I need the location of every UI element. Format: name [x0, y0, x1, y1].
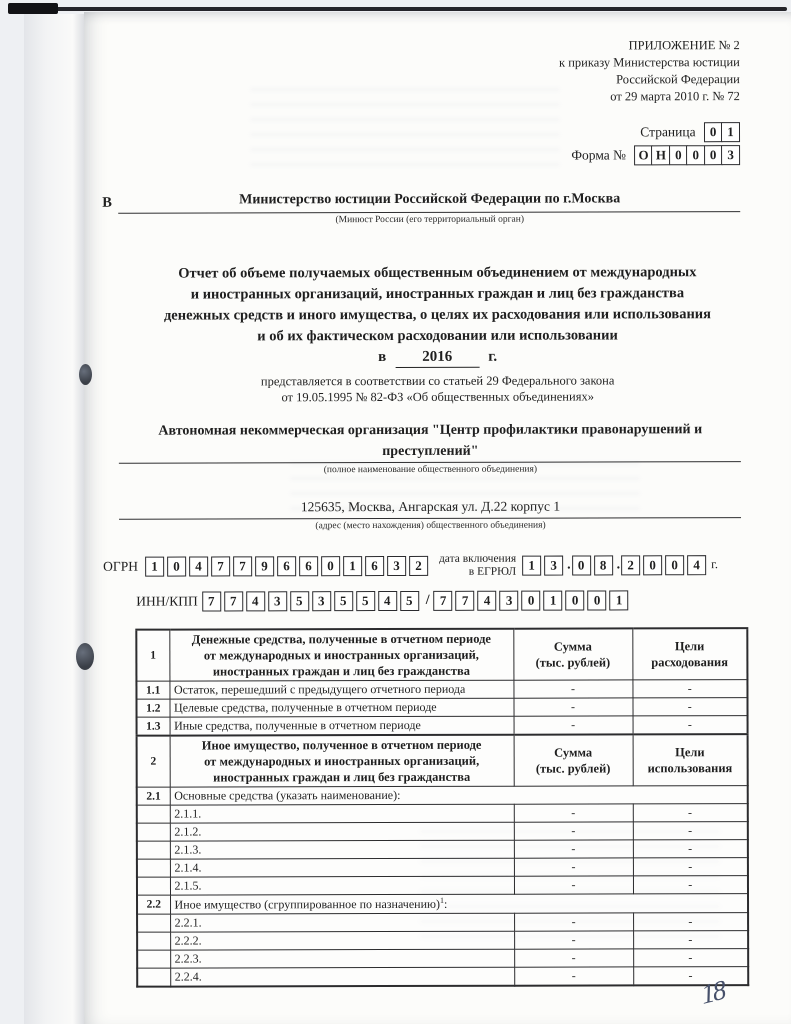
- character-box: 5: [334, 591, 353, 611]
- character-box: 4: [687, 555, 706, 575]
- form-code-block: Страница 01 Форма № ОН0003: [571, 122, 740, 168]
- table-cell-num: [137, 932, 170, 950]
- character-box: 2: [621, 555, 640, 575]
- character-box: 2: [409, 555, 428, 575]
- table-cell-goal: -: [633, 858, 748, 876]
- table-cell-goal-header: Цели расходования: [632, 628, 747, 680]
- ogrn-row: ОГРН 1047796601632 дата включения в ЕГРЮ…: [103, 552, 718, 579]
- inn-kpp-separator: /: [426, 593, 430, 609]
- table-cell-num: 2.2: [137, 895, 170, 914]
- character-box: 1: [145, 556, 164, 576]
- table-cell-desc: 2.1.3.: [170, 840, 514, 859]
- appendix-reference: ПРИЛОЖЕНИЕ № 2 к приказу Министерства юс…: [559, 37, 740, 105]
- legal-basis-line: от 19.05.1995 № 82-ФЗ «Об общественных о…: [133, 389, 743, 406]
- table-cell-desc: 2.2.1.: [170, 913, 514, 932]
- table-cell-goal: -: [633, 913, 748, 931]
- goal-header-line: расходования: [637, 654, 743, 670]
- recipient-name: Министерство юстиции Российской Федераци…: [119, 191, 740, 209]
- character-box: 0: [704, 145, 723, 165]
- table-cell-sum: -: [514, 931, 633, 949]
- table-cell-sum-header: Сумма (тыс. рублей): [513, 628, 632, 680]
- table-cell-sum-header: Сумма (тыс. рублей): [514, 734, 633, 786]
- title-line: и иностранных организаций, иностранных г…: [132, 283, 742, 306]
- character-box: 4: [478, 591, 497, 611]
- ogrn-digit-boxes: 1047796601632: [145, 555, 431, 576]
- title-line: и об их фактическом расходовании или исп…: [133, 325, 743, 348]
- table-cell-sum: -: [514, 716, 633, 735]
- character-box: 1: [343, 556, 362, 576]
- ogrn-label: ОГРН: [103, 558, 138, 574]
- table-cell-goal: -: [632, 680, 747, 698]
- table-cell-sum: -: [514, 822, 633, 840]
- table-cell-num: 1: [136, 630, 169, 682]
- section-title-line: от международных и иностранных организац…: [174, 753, 509, 770]
- table-cell-desc: 2.1.4.: [170, 858, 514, 877]
- section-title-line: Денежные средства, полученные в отчетном…: [174, 631, 509, 648]
- character-box: 0: [643, 555, 662, 575]
- table-row: 2 Иное имущество, полученное в отчетном …: [137, 734, 748, 787]
- character-box: 3: [721, 145, 740, 165]
- organization-name-line: преступлений": [120, 441, 741, 463]
- character-box: 6: [365, 556, 384, 576]
- table-cell-desc: Остаток, перешедший с предыдущего отчетн…: [169, 680, 513, 699]
- table-cell-goal: -: [633, 931, 748, 949]
- character-box: 0: [522, 591, 541, 611]
- table-row: 1.1 Остаток, перешедший с предыдущего от…: [136, 680, 747, 700]
- table-cell-desc: 2.1.2.: [170, 822, 514, 841]
- table-cell-desc: 2.2.3.: [170, 949, 514, 968]
- report-year-value: 2016: [395, 349, 479, 368]
- character-box: 4: [189, 556, 208, 576]
- table-cell-num: [137, 968, 170, 987]
- character-box: 3: [544, 555, 563, 575]
- sum-header-line: (тыс. рублей): [518, 654, 628, 670]
- table-row: 2.1.2. - -: [137, 822, 748, 842]
- table-cell-goal: -: [633, 822, 748, 840]
- table-row: 1 Денежные средства, полученные в отчетн…: [136, 628, 747, 681]
- table-cell-goal: -: [632, 698, 747, 716]
- table-cell-num: [137, 841, 170, 859]
- egrul-date-suffix: г.: [711, 557, 718, 572]
- table-cell-sum: -: [513, 698, 632, 716]
- organization-address-caption: (адрес (место нахождения) общественного …: [120, 520, 741, 532]
- page-number-label: Страница: [640, 124, 695, 140]
- character-box: 0: [704, 122, 723, 142]
- table-cell-num: [137, 950, 170, 968]
- title-line: денежных средств и иного имущества, о це…: [132, 304, 742, 327]
- table-row: 2.2.1. - -: [137, 913, 748, 933]
- section-title-line: от международных и иностранных организац…: [174, 647, 509, 664]
- character-box: 5: [400, 591, 419, 611]
- character-box: 1: [721, 122, 740, 142]
- character-box: 0: [669, 145, 688, 165]
- table-cell-goal: -: [633, 840, 748, 858]
- table-cell-sum: -: [514, 840, 633, 858]
- table-row: 2.2.4. - -: [137, 967, 748, 987]
- egrul-date-label-line: дата включения: [439, 553, 516, 566]
- character-box: 0: [572, 555, 591, 575]
- page-number-row: Страница 01: [571, 122, 740, 142]
- character-box: 7: [202, 591, 221, 611]
- section-title-line: иностранных граждан и лиц без гражданств…: [174, 769, 509, 786]
- table-cell-sum: -: [514, 876, 633, 894]
- character-box: 7: [434, 591, 453, 611]
- table-cell-goal: -: [633, 804, 748, 822]
- inn-kpp-label: ИНН/КПП: [136, 594, 198, 610]
- table-cell-group-label: Основные средства (указать наименование)…: [170, 786, 748, 806]
- date-dot: .: [567, 557, 571, 573]
- organization-name-line: Автономная некоммерческая организация "Ц…: [120, 420, 741, 442]
- character-box: 8: [594, 555, 613, 575]
- table-cell-sum: -: [514, 949, 633, 967]
- table-row: 2.1.1. - -: [137, 804, 748, 824]
- organization-name: Автономная некоммерческая организация "Ц…: [120, 420, 741, 463]
- table-cell-goal-header: Цели использования: [633, 734, 748, 786]
- section-title-line: Иное имущество, полученное в отчетном пе…: [174, 737, 509, 754]
- table-cell-desc: Целевые средства, полученные в отчетном …: [169, 698, 513, 717]
- egrul-date-label-line: в ЕГРЮЛ: [439, 565, 516, 578]
- character-box: 7: [456, 591, 475, 611]
- egrul-date-label: дата включения в ЕГРЮЛ: [439, 553, 516, 578]
- character-box: 3: [387, 555, 406, 575]
- group-label-text: Иное имущество (сгруппированное по назна…: [175, 897, 440, 912]
- table-cell-num: [137, 877, 170, 895]
- title-line: Отчет об объеме получаемых общественным …: [132, 262, 742, 285]
- sum-header-line: (тыс. рублей): [518, 760, 628, 776]
- kpp-digit-boxes: 774301001: [434, 590, 632, 611]
- table-cell-num: [137, 823, 170, 841]
- group-label-colon: :: [444, 897, 447, 911]
- table-cell-desc: 2.2.4.: [170, 967, 514, 986]
- table-cell-num: 2: [137, 736, 170, 788]
- form-code-label: Форма №: [571, 147, 626, 163]
- organization-address-underline: [119, 517, 741, 520]
- page-number-boxes: 01: [704, 122, 740, 142]
- character-box: 3: [268, 591, 287, 611]
- character-box: 1: [522, 555, 541, 575]
- table-row: 2.1.3. - -: [137, 840, 748, 860]
- table-cell-goal: -: [633, 716, 748, 735]
- table-cell-num: [137, 914, 170, 932]
- table-row: 2.2.3. - -: [137, 949, 748, 969]
- character-box: 1: [610, 590, 629, 610]
- goal-header-line: Цели: [637, 638, 743, 654]
- character-box: 7: [224, 591, 243, 611]
- legal-basis-line: представляется в соответствии со статьей…: [133, 373, 743, 390]
- table-cell-group-label: Иное имущество (сгруппированное по назна…: [170, 894, 748, 915]
- recipient-prefix: В: [102, 195, 112, 212]
- character-box: 3: [500, 591, 519, 611]
- table-row: 1.3 Иные средства, полученные в отчетном…: [137, 716, 748, 736]
- handwritten-page-number: 18: [699, 974, 726, 1010]
- character-box: 0: [686, 145, 705, 165]
- table-cell-num: 2.1: [137, 787, 170, 805]
- table-cell-desc: 2.1.1.: [170, 804, 514, 823]
- organization-name-caption: (полное наименование общественного объед…: [120, 464, 741, 476]
- sum-header-line: Сумма: [518, 638, 628, 654]
- egrul-day-boxes: 13: [522, 555, 566, 575]
- report-title: Отчет об объеме получаемых общественным …: [132, 262, 742, 348]
- character-box: 0: [588, 590, 607, 610]
- table-cell-desc: 2.2.2.: [170, 931, 514, 950]
- table-cell-desc: Иные средства, полученные в отчетном пер…: [170, 716, 514, 735]
- report-table: 1 Денежные средства, полученные в отчетн…: [135, 627, 749, 988]
- sum-header-line: Сумма: [518, 744, 628, 760]
- table-cell-section-title: Иное имущество, полученное в отчетном пе…: [170, 735, 514, 787]
- recipient-underline: [118, 211, 740, 214]
- table-row: 2.1.5. - -: [137, 876, 748, 896]
- table-cell-goal: -: [633, 949, 748, 967]
- form-code-row: Форма № ОН0003: [571, 145, 740, 165]
- character-box: 7: [233, 556, 252, 576]
- table-cell-goal: -: [633, 876, 748, 894]
- table-cell-goal: -: [633, 967, 748, 986]
- date-dot: .: [617, 557, 621, 573]
- table-cell-sum: -: [514, 858, 633, 876]
- character-box: 0: [566, 591, 585, 611]
- table-cell-sum: -: [513, 680, 632, 698]
- character-box: 0: [167, 556, 186, 576]
- table-cell-desc: 2.1.5.: [170, 876, 514, 895]
- recipient-caption: (Минюст России (его территориальный орга…: [119, 214, 740, 226]
- appendix-line: Российской Федерации: [559, 71, 740, 88]
- table-row: 2.2 Иное имущество (сгруппированное по н…: [137, 894, 748, 915]
- appendix-line: ПРИЛОЖЕНИЕ № 2: [559, 37, 740, 54]
- character-box: 0: [321, 556, 340, 576]
- character-box: 4: [246, 591, 265, 611]
- table-row: 2.1 Основные средства (указать наименова…: [137, 786, 748, 806]
- character-box: О: [634, 145, 653, 165]
- character-box: 5: [290, 591, 309, 611]
- egrul-year-boxes: 2004: [621, 555, 709, 575]
- table-cell-num: [137, 805, 170, 823]
- table-cell-num: 1.2: [136, 699, 169, 717]
- table-cell-num: 1.3: [137, 717, 170, 736]
- year-suffix: г.: [488, 349, 497, 365]
- character-box: 7: [211, 556, 230, 576]
- section-title-line: иностранных граждан и лиц без гражданств…: [174, 663, 509, 680]
- legal-basis: представляется в соответствии со статьей…: [133, 373, 743, 406]
- egrul-month-boxes: 08: [572, 555, 616, 575]
- table-cell-sum: -: [514, 967, 633, 986]
- appendix-line: от 29 марта 2010 г. № 72: [559, 88, 740, 105]
- goal-header-line: использования: [637, 760, 743, 776]
- organization-name-underline: [119, 461, 741, 464]
- form-code-boxes: ОН0003: [634, 145, 740, 165]
- appendix-line: к приказу Министерства юстиции: [559, 54, 740, 71]
- table-cell-sum: -: [514, 913, 633, 931]
- report-year-line: в2016г.: [133, 348, 743, 369]
- character-box: Н: [651, 145, 670, 165]
- table-cell-section-title: Денежные средства, полученные в отчетном…: [169, 629, 513, 681]
- inn-kpp-row: ИНН/КПП 7743535545 / 774301001: [136, 590, 631, 611]
- character-box: 1: [544, 591, 563, 611]
- goal-header-line: Цели: [637, 744, 743, 760]
- organization-address: 125635, Москва, Ангарская ул. Д.22 корпу…: [120, 498, 741, 516]
- table-cell-sum: -: [514, 804, 633, 822]
- character-box: 6: [299, 556, 318, 576]
- character-box: 4: [378, 591, 397, 611]
- character-box: 3: [312, 591, 331, 611]
- table-cell-num: [137, 859, 170, 877]
- table-row: 2.1.4. - -: [137, 858, 748, 878]
- form-content: ПРИЛОЖЕНИЕ № 2 к приказу Министерства юс…: [0, 0, 791, 1024]
- character-box: 5: [356, 591, 375, 611]
- inn-digit-boxes: 7743535545: [202, 591, 422, 612]
- character-box: 9: [255, 556, 274, 576]
- character-box: 6: [277, 556, 296, 576]
- table-cell-num: 1.1: [136, 681, 169, 699]
- year-prefix: в: [378, 349, 386, 365]
- table-row: 1.2 Целевые средства, полученные в отчет…: [136, 698, 747, 718]
- character-box: 0: [665, 555, 684, 575]
- scanned-form-page: ПРИЛОЖЕНИЕ № 2 к приказу Министерства юс…: [0, 0, 791, 1024]
- table-row: 2.2.2. - -: [137, 931, 748, 951]
